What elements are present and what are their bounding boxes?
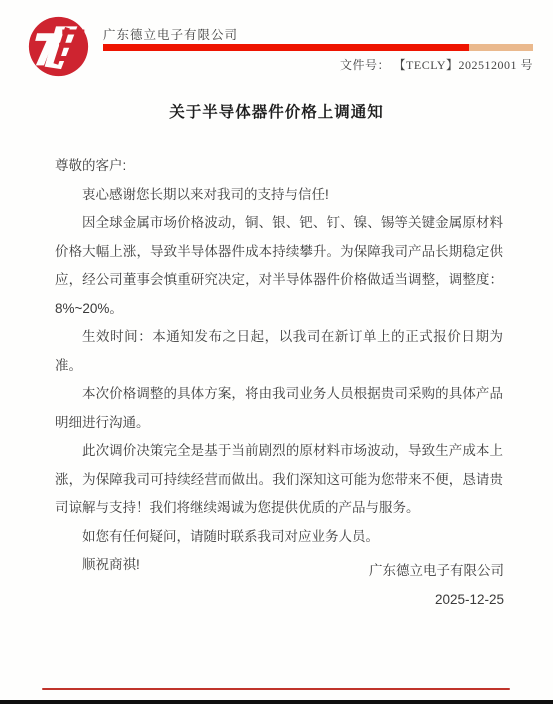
- signature-block: 广东德立电子有限公司 2025-12-25: [369, 557, 504, 614]
- paragraph-contact: 如您有任何疑问，请随时联系我司对应业务人员。: [55, 523, 503, 552]
- header-rule-tan-segment: [469, 44, 533, 51]
- bottom-black-edge: [0, 700, 553, 704]
- company-logo-icon: [27, 15, 90, 78]
- notice-title: 关于半导体器件价格上调通知: [0, 100, 553, 122]
- signature-date: 2025-12-25: [369, 586, 504, 615]
- paragraph-details: 本次价格调整的具体方案，将由我司业务人员根据贵司采购的具体产品明细进行沟通。: [55, 380, 503, 437]
- notice-document: 广东德立电子有限公司 文件号： 【TECLY】202512001 号 关于半导体…: [0, 0, 553, 704]
- header-rule: [103, 44, 533, 51]
- header-rule-red-segment: [103, 44, 469, 51]
- signature-company: 广东德立电子有限公司: [369, 557, 504, 586]
- paragraph-apology: 此次调价决策完全是基于当前剧烈的原材料市场波动，导致生产成本上涨，为保障我司可持…: [55, 437, 503, 523]
- paragraph-thanks: 衷心感谢您长期以来对我司的支持与信任!: [55, 181, 503, 210]
- footer-red-rule: [42, 688, 510, 690]
- salutation: 尊敬的客户:: [55, 152, 503, 181]
- paragraph-reason: 因全球金属市场价格波动，铜、银、钯、钉、镍、锡等关键金属原材料价格大幅上涨，导致…: [55, 209, 503, 323]
- header-company-name: 广东德立电子有限公司: [103, 25, 238, 43]
- paragraph-effective-date: 生效时间：本通知发布之日起，以我司在新订单上的正式报价日期为准。: [55, 323, 503, 380]
- document-number: 文件号： 【TECLY】202512001 号: [340, 56, 533, 73]
- letter-body: 尊敬的客户: 衷心感谢您长期以来对我司的支持与信任! 因全球金属市场价格波动，铜…: [55, 152, 503, 580]
